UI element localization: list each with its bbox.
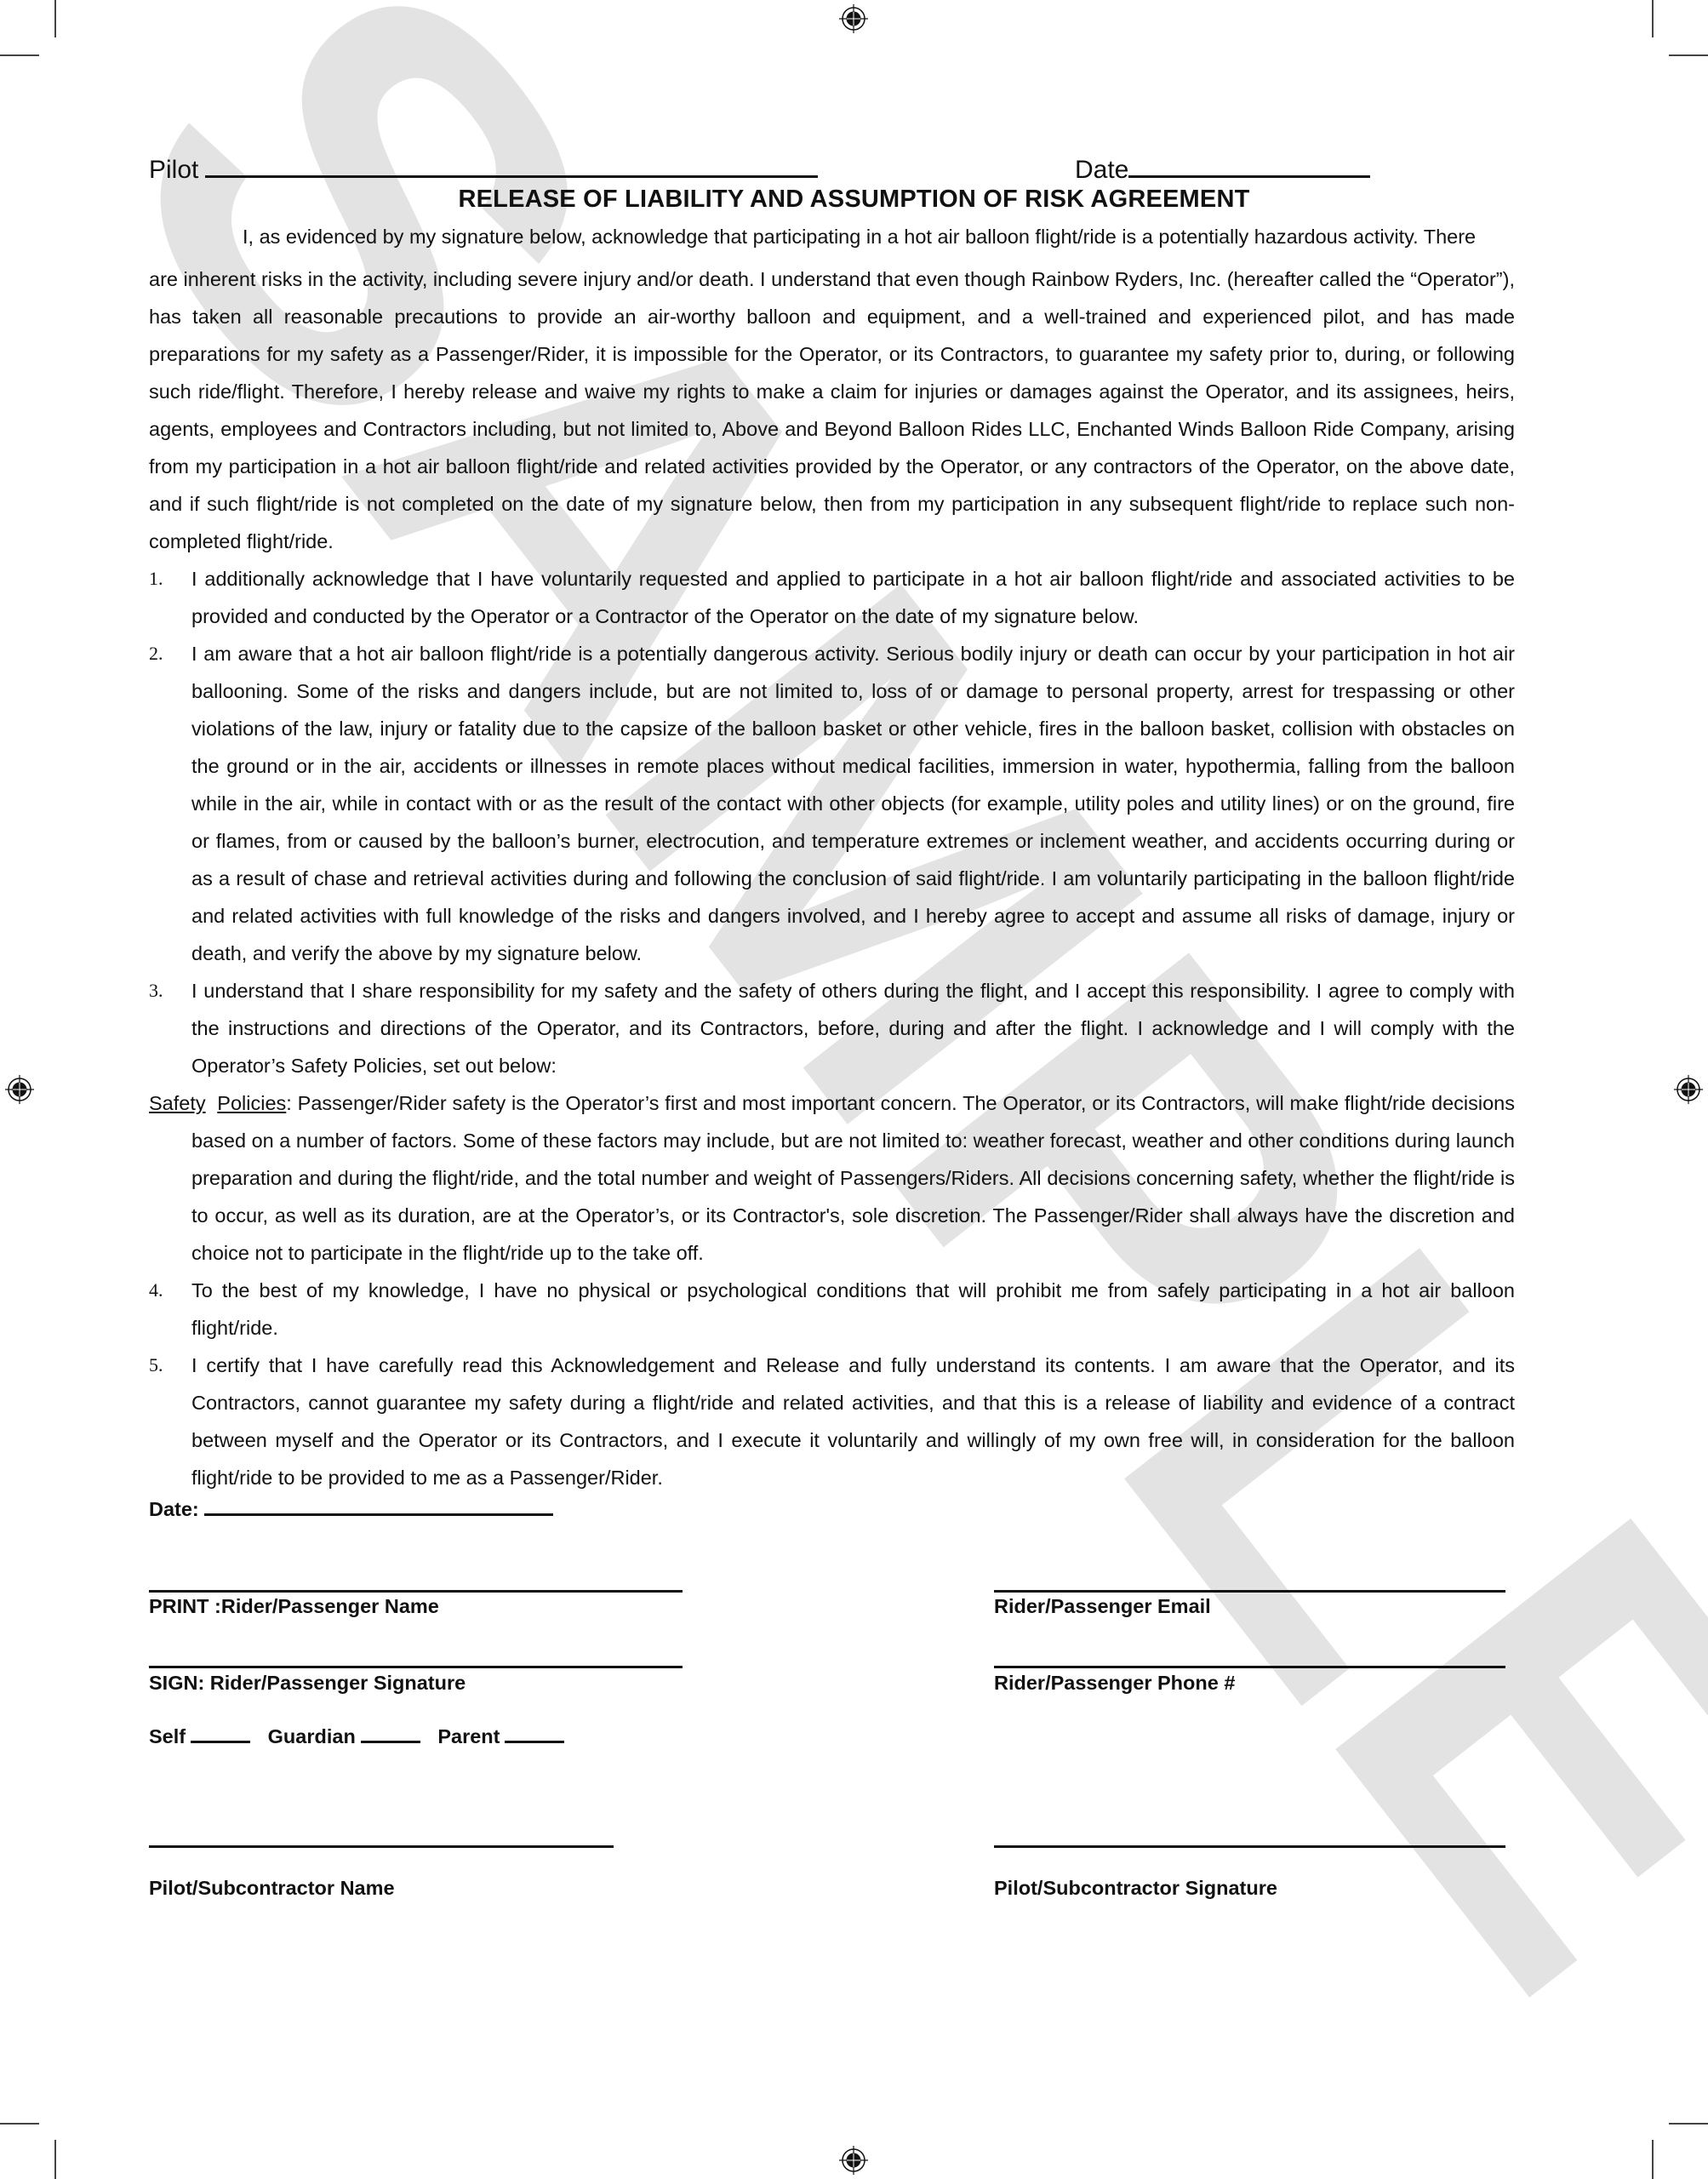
clause-number: 1. [149,560,163,598]
guardian-blank[interactable] [361,1722,420,1743]
pilot-name-label: Pilot/Subcontractor Name [149,1877,395,1900]
pilot-name-line[interactable] [149,1845,614,1848]
document-title: RELEASE OF LIABILITY AND ASSUMPTION OF R… [0,186,1708,214]
self-label: Self [149,1725,186,1747]
email-label: Rider/Passenger Email [994,1595,1211,1618]
date-field-top[interactable]: Date [1075,152,1370,185]
date-label-bottom: Date: [149,1498,199,1520]
parent-blank[interactable] [505,1722,564,1743]
intro-paragraph: I, as evidenced by my signature below, a… [149,218,1515,255]
phone-label: Rider/Passenger Phone # [994,1672,1235,1695]
guardian-label: Guardian [268,1725,356,1747]
document-page: Pilot Date RELEASE OF LIABILITY AND ASSU… [0,0,1708,2179]
signer-role-row: Self Guardian Parent [149,1722,576,1748]
clause-1: 1. I additionally acknowledge that I hav… [149,560,1515,635]
clause-number: 5. [149,1347,163,1384]
pilot-signature-line[interactable] [994,1845,1505,1848]
safety-policies-text: : Passenger/Rider safety is the Operator… [191,1092,1515,1264]
date-blank-top[interactable] [1128,152,1370,178]
pilot-field[interactable]: Pilot [149,152,818,185]
pilot-blank[interactable] [205,152,818,178]
intro-first-line: I, as evidenced by my signature below, a… [149,218,1515,255]
email-line[interactable] [994,1590,1505,1593]
clause-text: I understand that I share responsibility… [191,980,1515,1077]
clause-number: 4. [149,1272,163,1309]
clause-number: 3. [149,972,163,1009]
signature-label: SIGN: Rider/Passenger Signature [149,1672,466,1695]
pilot-label: Pilot [149,156,198,184]
phone-line[interactable] [994,1666,1505,1668]
clause-3: 3. I understand that I share responsibil… [149,972,1515,1084]
clause-text: I certify that I have carefully read thi… [191,1354,1515,1489]
date-label-top: Date [1075,156,1128,184]
clause-2: 2. I am aware that a hot air balloon fli… [149,635,1515,972]
safety-policies: Safety Policies: Passenger/Rider safety … [149,1084,1515,1272]
intro-rest: are inherent risks in the activity, incl… [149,260,1515,560]
safety-policies-label-1: Safety [149,1092,206,1114]
clause-4: 4. To the best of my knowledge, I have n… [149,1272,1515,1347]
agreement-body: I, as evidenced by my signature below, a… [149,218,1515,1496]
clause-text: I am aware that a hot air balloon flight… [191,643,1515,964]
self-blank[interactable] [191,1722,250,1743]
clause-text: To the best of my knowledge, I have no p… [191,1279,1515,1339]
pilot-signature-label: Pilot/Subcontractor Signature [994,1877,1277,1900]
parent-label: Parent [437,1725,500,1747]
clause-5: 5. I certify that I have carefully read … [149,1347,1515,1496]
print-name-label: PRINT :Rider/Passenger Name [149,1595,439,1618]
clause-number: 2. [149,635,163,672]
date-blank-bottom[interactable] [204,1493,553,1516]
safety-policies-label-2: Policies [217,1092,286,1114]
date-field-bottom[interactable]: Date: [149,1493,553,1521]
signature-line[interactable] [149,1666,683,1668]
clause-text: I additionally acknowledge that I have v… [191,568,1515,627]
print-name-line[interactable] [149,1590,683,1593]
